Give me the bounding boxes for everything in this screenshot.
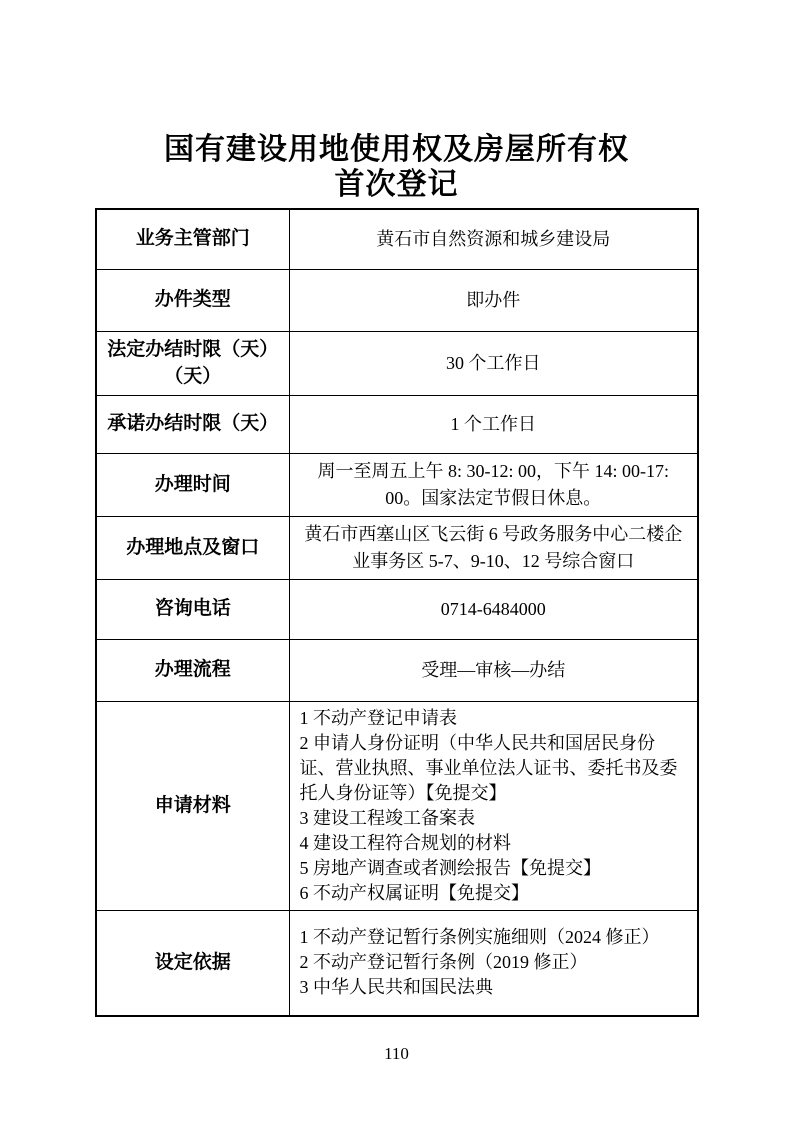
row-label: 设定依据	[96, 910, 289, 1016]
row-label: 办理流程	[96, 639, 289, 701]
basis-item: 2 不动产登记暂行条例（2019 修正）	[300, 950, 688, 975]
row-value: 即办件	[289, 269, 698, 331]
row-label: 咨询电话	[96, 579, 289, 639]
material-item: 4 建设工程符合规划的材料	[300, 831, 688, 856]
document-page: 国有建设用地使用权及房屋所有权 首次登记 业务主管部门 黄石市自然资源和城乡建设…	[0, 0, 793, 1122]
row-value: 黄石市自然资源和城乡建设局	[289, 209, 698, 269]
row-value: 受理—审核—办结	[289, 639, 698, 701]
row-label: 申请材料	[96, 701, 289, 910]
table-row-statutory-time-limit: 法定办结时限（天） （天） 30 个工作日	[96, 331, 698, 395]
row-label: 法定办结时限（天） （天）	[96, 331, 289, 395]
material-item: 3 建设工程竣工备案表	[300, 806, 688, 831]
table-row-business-department: 业务主管部门 黄石市自然资源和城乡建设局	[96, 209, 698, 269]
table-row-application-materials: 申请材料 1 不动产登记申请表 2 申请人身份证明（中华人民共和国居民身份证、营…	[96, 701, 698, 910]
material-item: 1 不动产登记申请表	[300, 706, 688, 731]
table-row-case-type: 办件类型 即办件	[96, 269, 698, 331]
service-info-table: 业务主管部门 黄石市自然资源和城乡建设局 办件类型 即办件 法定办结时限（天） …	[95, 208, 699, 1017]
row-label: 办理地点及窗口	[96, 516, 289, 579]
row-label: 业务主管部门	[96, 209, 289, 269]
row-value: 30 个工作日	[289, 331, 698, 395]
material-item: 5 房地产调查或者测绘报告【免提交】	[300, 856, 688, 881]
material-item: 6 不动产权属证明【免提交】	[300, 881, 688, 906]
basis-item: 1 不动产登记暂行条例实施细则（2024 修正）	[300, 925, 688, 950]
page-title: 国有建设用地使用权及房屋所有权 首次登记	[0, 0, 793, 202]
row-label: 办理时间	[96, 453, 289, 516]
row-value: 0714-6484000	[289, 579, 698, 639]
row-label: 办件类型	[96, 269, 289, 331]
page-number: 110	[0, 1044, 793, 1064]
row-value: 1 不动产登记申请表 2 申请人身份证明（中华人民共和国居民身份证、营业执照、事…	[289, 701, 698, 910]
material-item: 2 申请人身份证明（中华人民共和国居民身份证、营业执照、事业单位法人证书、委托书…	[300, 731, 688, 806]
row-value: 周一至周五上午 8: 30-12: 00，下午 14: 00-17: 00。国家…	[289, 453, 698, 516]
table-row-location-window: 办理地点及窗口 黄石市西塞山区飞云街 6 号政务服务中心二楼企业事务区 5-7、…	[96, 516, 698, 579]
table-row-service-hours: 办理时间 周一至周五上午 8: 30-12: 00，下午 14: 00-17: …	[96, 453, 698, 516]
row-value: 1 个工作日	[289, 395, 698, 453]
row-value: 1 不动产登记暂行条例实施细则（2024 修正） 2 不动产登记暂行条例（201…	[289, 910, 698, 1016]
table-row-promised-time-limit: 承诺办结时限（天） 1 个工作日	[96, 395, 698, 453]
table-row-legal-basis: 设定依据 1 不动产登记暂行条例实施细则（2024 修正） 2 不动产登记暂行条…	[96, 910, 698, 1016]
table-row-process: 办理流程 受理—审核—办结	[96, 639, 698, 701]
basis-item: 3 中华人民共和国民法典	[300, 975, 688, 1000]
table-row-phone: 咨询电话 0714-6484000	[96, 579, 698, 639]
row-value: 黄石市西塞山区飞云街 6 号政务服务中心二楼企业事务区 5-7、9-10、12 …	[289, 516, 698, 579]
row-label: 承诺办结时限（天）	[96, 395, 289, 453]
